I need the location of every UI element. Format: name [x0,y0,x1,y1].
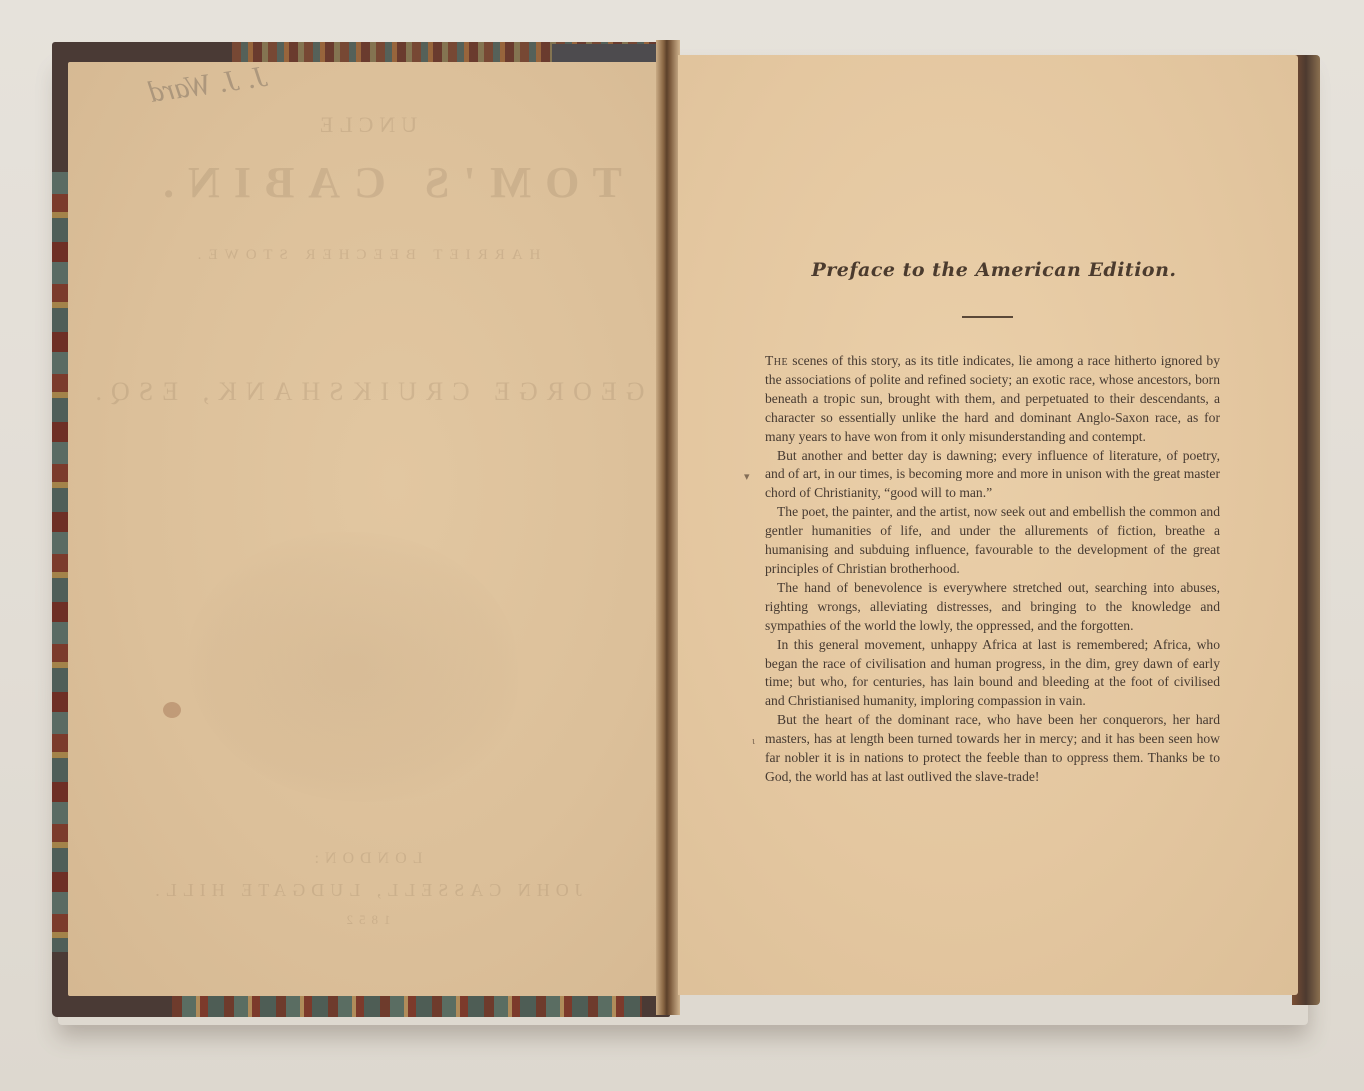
paragraph-text: But another and better day is dawning; e… [765,448,1220,501]
page-title: Preface to the American Edition. [678,259,1310,281]
show-through-line: GEORGE CRUIKSHANK, ESQ. [68,377,663,407]
margin-mark: ▾ [744,470,750,483]
left-page: J. J. Ward UNCLE TOM'S CABIN. HARRIET BE… [68,62,663,996]
paragraph: In this general movement, unhappy Africa… [765,636,1220,712]
paragraph: But the heart of the dominant race, who … [765,711,1220,787]
show-through-line: 1852 [68,912,663,928]
paragraph: The scenes of this story, as its title i… [765,352,1220,447]
right-page: Preface to the American Edition. ▾ ι The… [678,55,1298,995]
paper-stain [163,702,181,718]
show-through-line: LONDON: [68,850,663,868]
paragraph-text: The poet, the painter, and the artist, n… [765,504,1220,576]
paragraph: The poet, the painter, and the artist, n… [765,503,1220,579]
paragraph: But another and better day is dawning; e… [765,447,1220,504]
paragraph-text: In this general movement, unhappy Africa… [765,637,1220,709]
paragraph: The hand of benevolence is everywhere st… [765,579,1220,636]
show-through-line: TOM'S CABIN. [88,157,683,208]
preface-body: The scenes of this story, as its title i… [765,352,1220,787]
margin-mark: ι [752,735,755,747]
show-through-engraving [188,532,518,802]
title-rule [962,316,1013,318]
marbled-edge-bottom [172,995,642,1017]
paragraph-text: The hand of benevolence is everywhere st… [765,580,1220,633]
paragraph-lead: The [765,353,788,368]
show-through-line: JOHN CASSELL, LUDGATE HILL. [68,880,663,901]
show-through-line: UNCLE [68,112,663,138]
show-through-line: HARRIET BEECHER STOWE. [68,247,663,264]
spine-gutter [656,40,680,1015]
leather-corner-top [552,44,662,62]
paragraph-text: But the heart of the dominant race, who … [765,712,1220,784]
paragraph-text: scenes of this story, as its title indic… [765,353,1220,444]
